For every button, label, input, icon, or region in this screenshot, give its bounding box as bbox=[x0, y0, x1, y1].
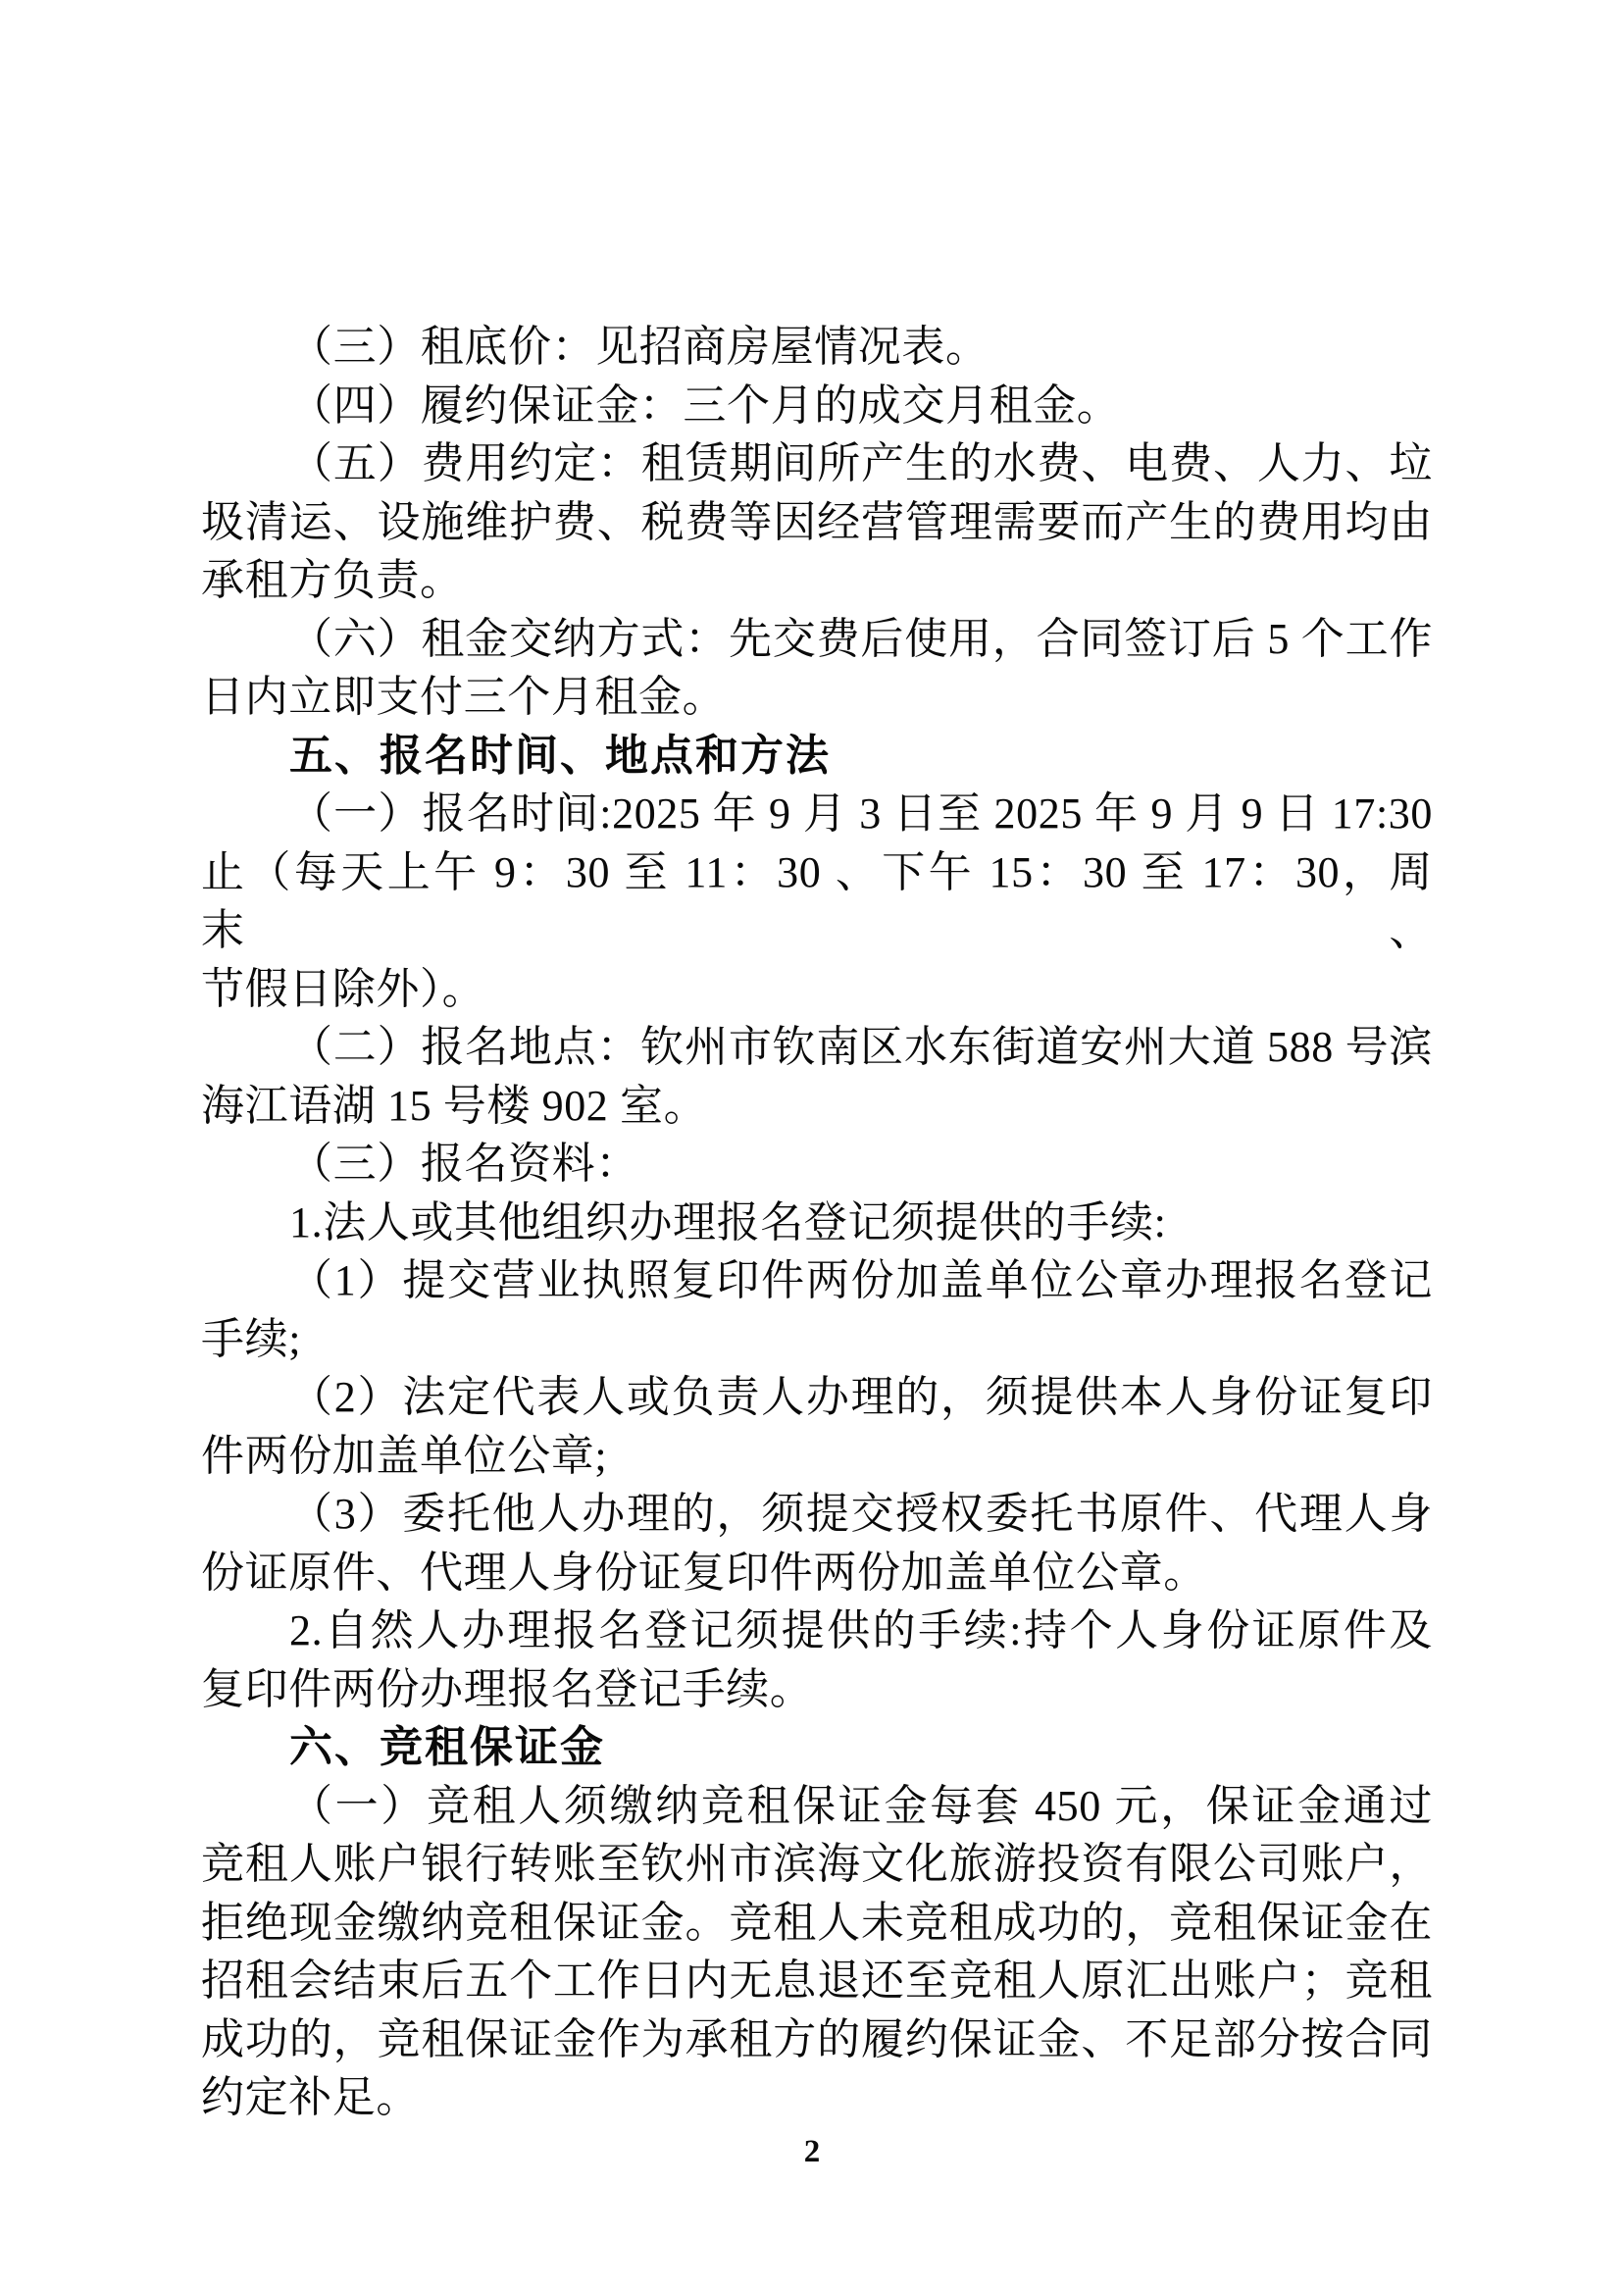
document-page: （三）租底价：见招商房屋情况表。 （四）履约保证金：三个月的成交月租金。 （五）… bbox=[0, 0, 1624, 2288]
text-line: （一）竞租人须缴纳竞租保证金每套 450 元，保证金通过 bbox=[201, 1777, 1433, 1836]
text-line: 份证原件、代理人身份证复印件两份加盖单位公章。 bbox=[201, 1544, 1433, 1602]
text-line: （一）报名时间:2025 年 9 月 3 日至 2025 年 9 月 9 日 1… bbox=[201, 785, 1433, 843]
text-line: 复印件两份办理报名登记手续。 bbox=[201, 1660, 1433, 1719]
page-number: 2 bbox=[0, 2134, 1624, 2170]
text-line: （四）履约保证金：三个月的成交月租金。 bbox=[201, 377, 1433, 435]
text-line: （2）法定代表人或负责人办理的，须提供本人身份证复印 bbox=[201, 1368, 1433, 1427]
text-line: 成功的，竞租保证金作为承租方的履约保证金、不足部分按合同 bbox=[201, 2010, 1433, 2069]
text-line: （二）报名地点：钦州市钦南区水东街道安州大道 588 号滨 bbox=[201, 1018, 1433, 1077]
text-line: 1.法人或其他组织办理报名登记须提供的手续: bbox=[201, 1194, 1433, 1252]
text-line: （三）租底价：见招商房屋情况表。 bbox=[201, 318, 1433, 377]
text-line: 节假日除外）。 bbox=[201, 960, 1433, 1019]
text-line: 招租会结束后五个工作日内无息退还至竞租人原汇出账户；竞租 bbox=[201, 1952, 1433, 2010]
document-body: （三）租底价：见招商房屋情况表。 （四）履约保证金：三个月的成交月租金。 （五）… bbox=[201, 318, 1433, 2127]
text-line: 日内立即支付三个月租金。 bbox=[201, 668, 1433, 727]
text-line: 圾清运、设施维护费、税费等因经营管理需要而产生的费用均由 bbox=[201, 493, 1433, 552]
text-line: 承租方负责。 bbox=[201, 551, 1433, 610]
text-line: （五）费用约定：租赁期间所产生的水费、电费、人力、垃 bbox=[201, 434, 1433, 493]
text-line: （六）租金交纳方式：先交费后使用，合同签订后 5 个工作 bbox=[201, 610, 1433, 669]
text-line: 竞租人账户银行转账至钦州市滨海文化旅游投资有限公司账户， bbox=[201, 1835, 1433, 1894]
text-line: 拒绝现金缴纳竞租保证金。竞租人未竞租成功的，竞租保证金在 bbox=[201, 1894, 1433, 1953]
text-line: （3）委托他人办理的，须提交授权委托书原件、代理人身 bbox=[201, 1485, 1433, 1544]
text-line: 2.自然人办理报名登记须提供的手续:持个人身份证原件及 bbox=[201, 1602, 1433, 1660]
text-line: （三）报名资料： bbox=[201, 1135, 1433, 1194]
text-line: 件两份加盖单位公章; bbox=[201, 1427, 1433, 1486]
text-line: 海江语湖 15 号楼 902 室。 bbox=[201, 1077, 1433, 1136]
section-heading-deposit: 六、竞租保证金 bbox=[201, 1718, 1433, 1777]
section-heading-registration: 五、报名时间、地点和方法 bbox=[201, 727, 1433, 786]
text-line: 约定补足。 bbox=[201, 2068, 1433, 2127]
text-line: 止（每天上午 9：30 至 11：30 、下午 15：30 至 17：30，周末… bbox=[201, 843, 1433, 960]
text-line: （1）提交营业执照复印件两份加盖单位公章办理报名登记 bbox=[201, 1251, 1433, 1310]
text-line: 手续; bbox=[201, 1310, 1433, 1369]
